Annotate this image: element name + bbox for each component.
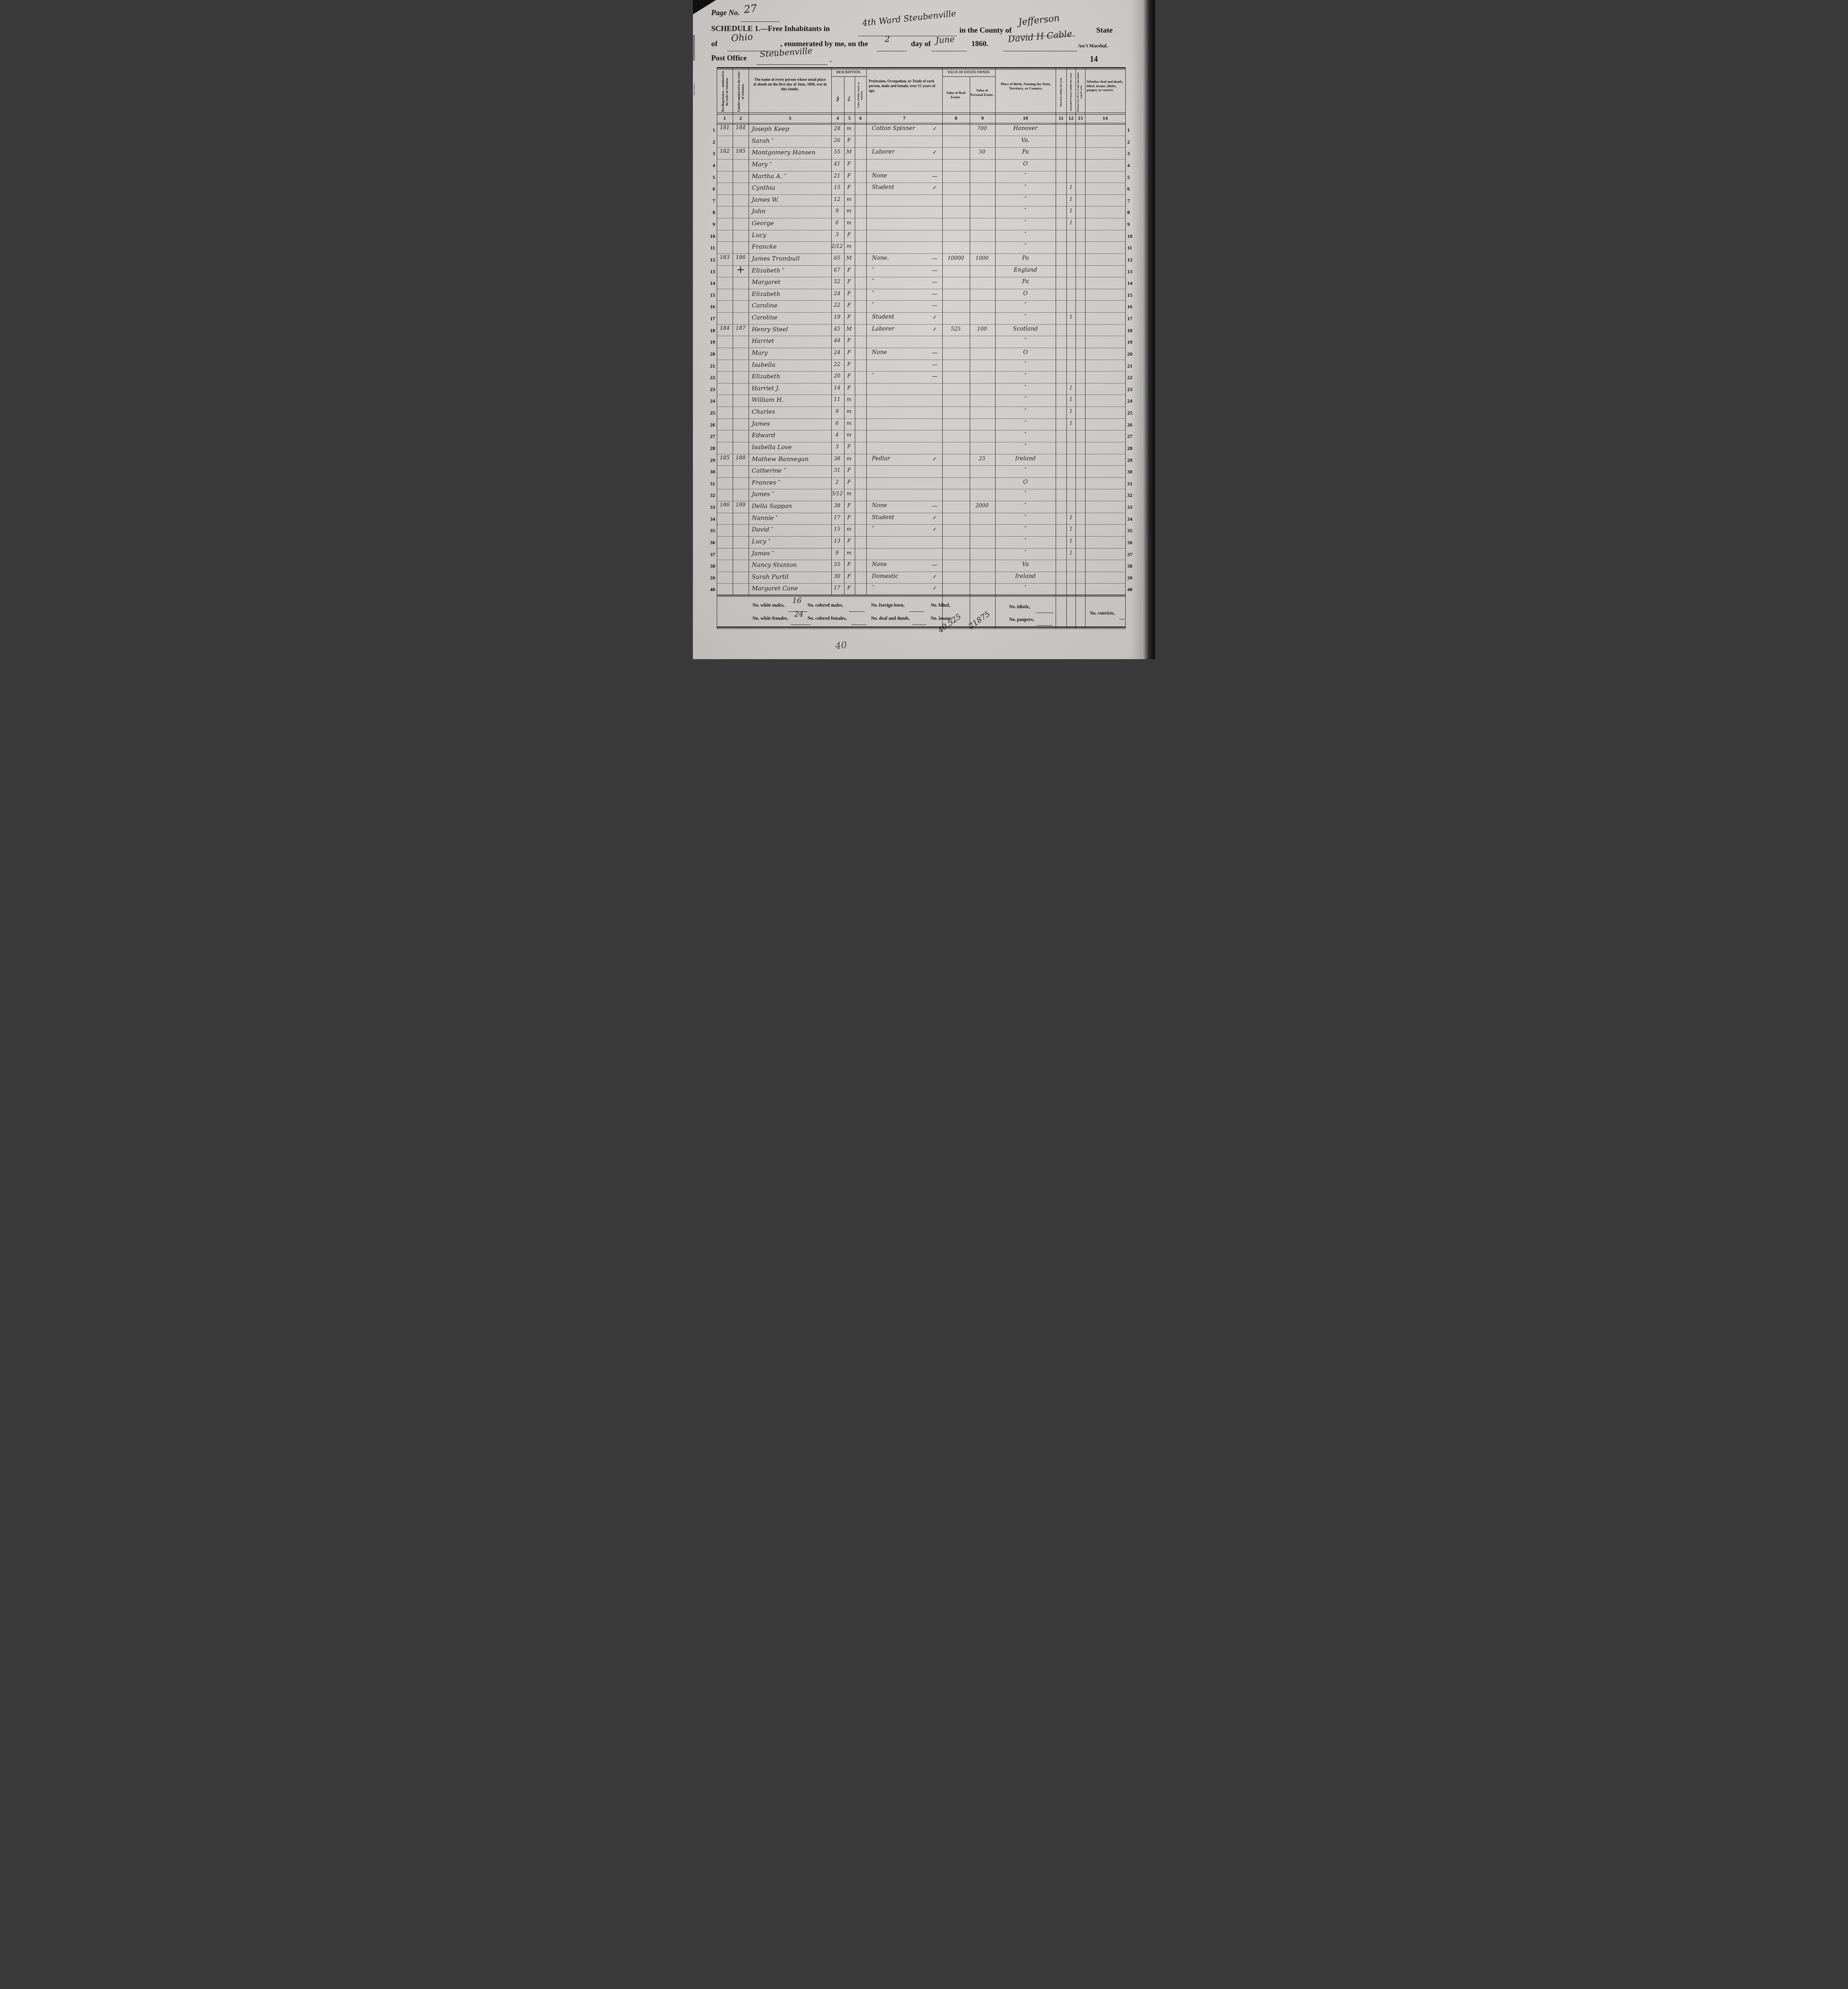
occupation: None. xyxy=(872,255,930,261)
line-number-right: 21 xyxy=(1127,363,1138,369)
row-separator-rule xyxy=(717,395,1125,395)
estate-mark: — xyxy=(928,503,941,509)
row-separator-rule xyxy=(717,560,1125,560)
attended-school-mark: 1 xyxy=(1067,538,1075,544)
occupation: Laborer xyxy=(872,326,930,332)
col-header-name: The name of every person whose usual pla… xyxy=(753,78,827,92)
age: 17 xyxy=(831,585,844,591)
sex: F xyxy=(844,314,854,320)
footer-colored-males-label: No. colored males, xyxy=(807,603,843,608)
person-name: James W. xyxy=(752,196,831,203)
age: 24 xyxy=(831,350,844,356)
sheet-number: 14 xyxy=(1090,55,1098,64)
line-number-right: 40 xyxy=(1127,586,1138,593)
state-handwritten: Ohio xyxy=(731,32,753,44)
col-header-married: Married within the year. xyxy=(1056,72,1066,112)
blank-line xyxy=(757,64,827,65)
sex: m xyxy=(844,126,854,132)
line-number-right: 5 xyxy=(1127,174,1138,181)
line-number-left: 3 xyxy=(705,150,715,157)
line-number-left: 12 xyxy=(705,257,715,263)
line-number-left: 24 xyxy=(705,398,715,404)
family-number: 187 xyxy=(733,325,748,331)
estate-mark: — xyxy=(928,350,941,356)
age: 2/12 xyxy=(831,243,844,249)
sex: F xyxy=(844,479,854,485)
row-separator-rule xyxy=(717,418,1125,419)
line-number-right: 29 xyxy=(1127,457,1138,463)
occupation: ″ xyxy=(872,302,930,308)
blank-line xyxy=(912,625,926,625)
line-number-left: 35 xyxy=(705,527,715,534)
sex: F xyxy=(844,302,854,308)
age: 22 xyxy=(831,362,844,368)
table-horizontal-rule xyxy=(831,76,866,77)
month-handwritten: June xyxy=(935,34,955,45)
state-label: State xyxy=(1096,26,1113,35)
sex: F xyxy=(844,185,854,191)
age: 20 xyxy=(831,373,844,379)
sex: F xyxy=(844,338,854,344)
personal-estate-value: 2000 xyxy=(970,503,994,509)
footer-convicts-label: No. convicts, xyxy=(1090,611,1115,616)
line-number-left: 4 xyxy=(705,162,715,169)
sex: m xyxy=(844,397,854,403)
birthplace: ″ xyxy=(996,467,1055,473)
person-name: Caroline xyxy=(752,314,831,321)
birthplace: Ireland xyxy=(996,573,1055,580)
col-number-2: 2 xyxy=(733,115,749,121)
ward-handwritten: 4th Ward Steubenville xyxy=(862,9,956,28)
row-separator-rule xyxy=(717,277,1125,277)
blank-line xyxy=(1037,625,1052,626)
line-number-left: 40 xyxy=(705,586,715,593)
row-separator-rule xyxy=(717,536,1125,537)
day-handwritten: 2 xyxy=(885,34,890,44)
line-number-right: 15 xyxy=(1127,292,1138,298)
birthplace: England xyxy=(996,267,1055,273)
age: 55 xyxy=(831,562,844,568)
estate-mark: — xyxy=(928,279,941,285)
line-number-left: 1 xyxy=(705,127,715,133)
sex: F xyxy=(844,291,854,297)
birthplace: ″ xyxy=(996,208,1055,214)
blank-line xyxy=(851,625,866,625)
personal-estate-value: 25 xyxy=(970,456,994,462)
col-header-sex: Sex. xyxy=(844,85,854,112)
line-number-left: 5 xyxy=(705,174,715,181)
age: 28 xyxy=(831,126,844,132)
occupation: ″ xyxy=(872,267,930,273)
line-number-left: 26 xyxy=(705,422,715,428)
line-number-left: 19 xyxy=(705,339,715,345)
sex: M xyxy=(844,149,854,155)
row-separator-rule xyxy=(717,300,1125,301)
sex: F xyxy=(844,467,854,473)
age: 6 xyxy=(831,220,844,226)
sex: M xyxy=(844,255,854,261)
line-number-right: 22 xyxy=(1127,374,1138,381)
blank-line xyxy=(1119,619,1125,619)
estate-mark: — xyxy=(928,291,941,297)
sex: F xyxy=(844,444,854,450)
sex: m xyxy=(844,456,854,462)
table-horizontal-rule xyxy=(717,113,1125,113)
person-name: James xyxy=(752,420,831,427)
line-number-left: 39 xyxy=(705,575,715,581)
table-horizontal-rule xyxy=(717,124,1125,125)
person-name: Margaret xyxy=(752,278,831,286)
blank-line xyxy=(849,611,865,612)
col-header-age: Age. xyxy=(831,85,844,112)
line-number-right: 7 xyxy=(1127,198,1138,204)
family-number: 186 xyxy=(733,255,748,261)
line-number-left: 8 xyxy=(705,209,715,216)
age: 19 xyxy=(831,314,844,320)
person-name: Mary ″ xyxy=(752,161,831,168)
dwelling-number: 185 xyxy=(718,455,732,461)
age: 11 xyxy=(831,397,844,403)
attended-school-mark: 1 xyxy=(1067,515,1075,520)
col-number-4: 4 xyxy=(831,115,844,121)
row-separator-rule xyxy=(717,430,1125,430)
line-number-left: 29 xyxy=(705,457,715,463)
age: 38 xyxy=(831,503,844,509)
estate-mark: ✓ xyxy=(928,126,941,132)
line-number-left: 28 xyxy=(705,445,715,452)
scan-edge-dark-band xyxy=(1142,0,1155,659)
line-number-left: 18 xyxy=(705,327,715,334)
row-separator-rule xyxy=(717,583,1125,584)
row-separator-rule xyxy=(717,253,1125,254)
line-number-left: 2 xyxy=(705,139,715,145)
col-number-12: 12 xyxy=(1066,115,1076,121)
age: 21 xyxy=(831,173,844,179)
blank-line xyxy=(909,611,924,612)
birthplace: Scotland xyxy=(996,326,1055,332)
line-number-right: 17 xyxy=(1127,315,1138,322)
cross-mark: + xyxy=(733,264,749,276)
year-label: 1860. xyxy=(971,40,988,49)
col-header-occupation: Profession, Occupation, or Trade of each… xyxy=(869,80,940,94)
person-name: James ″ xyxy=(752,550,831,557)
line-number-left: 32 xyxy=(705,492,715,498)
line-number-right: 31 xyxy=(1127,481,1138,487)
footer-white-males-value: 16 xyxy=(792,597,801,605)
line-number-right: 3 xyxy=(1127,150,1138,157)
line-number-right: 1 xyxy=(1127,127,1138,133)
birthplace: ″ xyxy=(996,373,1055,379)
occupation: Cotton Spinner xyxy=(872,125,930,132)
age: 12 xyxy=(831,197,844,202)
line-number-right: 6 xyxy=(1127,186,1138,192)
attended-school-mark: 1 xyxy=(1067,397,1075,402)
col-number-10: 10 xyxy=(995,115,1056,121)
county-label: in the County of xyxy=(959,26,1012,35)
row-separator-rule xyxy=(717,195,1125,195)
occupation: None xyxy=(872,502,930,509)
line-number-right: 14 xyxy=(1127,280,1138,286)
scan-speck xyxy=(693,35,695,60)
attended-school-mark: 1 xyxy=(1067,385,1075,391)
line-number-left: 25 xyxy=(705,410,715,416)
line-number-right: 19 xyxy=(1127,339,1138,345)
row-separator-rule xyxy=(717,136,1125,136)
attended-school-mark: 1 xyxy=(1067,314,1075,320)
line-number-right: 38 xyxy=(1127,563,1138,569)
person-name: Sarah Purtil xyxy=(752,573,831,580)
estate-mark: ✓ xyxy=(928,574,941,580)
person-name: Frances ″ xyxy=(752,479,831,486)
sex: F xyxy=(844,503,854,509)
row-separator-rule xyxy=(717,513,1125,513)
row-separator-rule xyxy=(717,171,1125,171)
estate-mark: ✓ xyxy=(928,314,941,321)
occupation: None xyxy=(872,173,930,179)
col-header-real-estate: Value of Real Estate. xyxy=(943,91,969,99)
line-number-left: 33 xyxy=(705,504,715,510)
row-separator-rule xyxy=(717,371,1125,372)
row-separator-rule xyxy=(717,572,1125,572)
occupation: Laborer xyxy=(872,149,930,155)
estate-mark: — xyxy=(928,362,941,368)
col-number-14: 14 xyxy=(1085,115,1125,121)
line-number-right: 2 xyxy=(1127,139,1138,145)
estate-mark: — xyxy=(928,255,941,262)
birthplace: ″ xyxy=(996,585,1055,591)
col-header-remarks: Whether deaf and dumb, blind, insane, id… xyxy=(1087,80,1124,92)
col-number-7: 7 xyxy=(866,115,942,121)
line-number-right: 32 xyxy=(1127,492,1138,498)
birthplace: ″ xyxy=(996,490,1055,497)
age: 4 xyxy=(831,432,844,438)
dwelling-number: 183 xyxy=(718,255,732,261)
attended-school-mark: 1 xyxy=(1067,409,1075,414)
table-vertical-rule xyxy=(1076,68,1076,629)
birthplace: O xyxy=(996,161,1055,167)
col-header-personal-estate: Value of Personal Estate. xyxy=(970,88,994,97)
blank-line xyxy=(791,625,811,625)
person-name: James ″ xyxy=(752,490,831,498)
line-number-right: 4 xyxy=(1127,162,1138,169)
sex: m xyxy=(844,526,854,532)
line-number-left: 6 xyxy=(705,186,715,192)
person-name: Edward xyxy=(752,432,831,439)
table-horizontal-rule xyxy=(717,595,1125,596)
sex: F xyxy=(844,279,854,285)
attended-school-mark: 1 xyxy=(1067,185,1075,190)
line-number-right: 37 xyxy=(1127,551,1138,558)
col-header-family: Families numbered in the order of visita… xyxy=(733,71,748,112)
line-number-left: 36 xyxy=(705,539,715,546)
line-number-left: 37 xyxy=(705,551,715,558)
col-header-birthplace: Place of Birth, Naming the State, Territ… xyxy=(998,82,1054,91)
person-name: Nancy Stanton xyxy=(752,561,831,568)
birthplace: Pa xyxy=(996,278,1055,285)
birthplace: Pa xyxy=(996,149,1055,155)
age: 65 xyxy=(831,255,844,261)
estate-mark: ✓ xyxy=(928,326,941,333)
page-no-label: Page No. xyxy=(711,9,740,18)
sex: m xyxy=(844,550,854,556)
sex: F xyxy=(844,350,854,356)
table-vertical-rule xyxy=(1066,68,1067,629)
occupation: Student xyxy=(872,314,930,320)
sex: F xyxy=(844,161,854,167)
table-vertical-rule xyxy=(1056,68,1056,629)
sex: F xyxy=(844,362,854,368)
row-separator-rule xyxy=(717,230,1125,230)
row-separator-rule xyxy=(717,489,1125,489)
family-number: 188 xyxy=(733,455,748,461)
row-separator-rule xyxy=(717,183,1125,183)
age: 3/12 xyxy=(831,491,844,497)
occupation: None xyxy=(872,349,930,356)
col-number-3: 3 xyxy=(749,115,831,121)
col-number-6: 6 xyxy=(855,115,866,121)
line-number-left: 22 xyxy=(705,374,715,381)
person-name: Sarah ″ xyxy=(752,137,831,144)
birthplace: Va. xyxy=(996,137,1055,144)
occupation: None xyxy=(872,561,930,568)
line-number-right: 27 xyxy=(1127,433,1138,440)
sex: M xyxy=(844,326,854,332)
table-horizontal-rule xyxy=(717,67,1125,68)
line-number-right: 39 xyxy=(1127,575,1138,581)
birthplace: O xyxy=(996,290,1055,297)
row-separator-rule xyxy=(717,548,1125,549)
col-number-13: 13 xyxy=(1076,115,1085,121)
table-vertical-rule xyxy=(970,77,970,629)
personal-estate-value: 1000 xyxy=(970,255,994,261)
row-separator-rule xyxy=(717,265,1125,266)
person-name: Martha A. ″ xyxy=(752,173,831,180)
line-number-left: 31 xyxy=(705,481,715,487)
occupation: ″ xyxy=(872,278,930,285)
day-of-label: day of xyxy=(911,40,931,49)
sex: F xyxy=(844,173,854,179)
birthplace: ″ xyxy=(996,337,1055,344)
sex: m xyxy=(844,220,854,226)
line-number-left: 13 xyxy=(705,269,715,275)
birthplace: ″ xyxy=(996,232,1055,238)
birthplace: ″ xyxy=(996,396,1055,403)
row-separator-rule xyxy=(717,324,1125,325)
line-number-right: 8 xyxy=(1127,209,1138,216)
line-number-left: 15 xyxy=(705,292,715,298)
age: 2 xyxy=(831,479,844,485)
sex: m xyxy=(844,420,854,426)
line-number-right: 30 xyxy=(1127,469,1138,475)
person-name: Francke xyxy=(752,243,831,250)
line-number-left: 14 xyxy=(705,280,715,286)
personal-estate-value: 700 xyxy=(970,126,994,132)
person-name: William H. xyxy=(752,396,831,403)
col-number-11: 11 xyxy=(1056,115,1066,121)
table-vertical-rule xyxy=(995,68,996,629)
line-number-left: 16 xyxy=(705,304,715,310)
line-number-left: 17 xyxy=(705,315,715,322)
row-separator-rule xyxy=(717,465,1125,466)
birthplace: Pa xyxy=(996,255,1055,261)
row-separator-rule xyxy=(717,501,1125,501)
attended-school-mark: 1 xyxy=(1067,420,1075,426)
sex: F xyxy=(844,267,854,273)
line-number-right: 24 xyxy=(1127,398,1138,404)
occupation: ″ xyxy=(872,585,930,591)
row-separator-rule xyxy=(717,241,1125,242)
table-horizontal-rule xyxy=(717,114,1125,115)
person-name: Elizabeth xyxy=(752,290,831,298)
person-name: Nannie ″ xyxy=(752,514,831,522)
line-number-left: 10 xyxy=(705,233,715,239)
sex: m xyxy=(844,243,854,249)
attended-school-mark: 1 xyxy=(1067,526,1075,532)
line-number-right: 18 xyxy=(1127,327,1138,334)
row-separator-rule xyxy=(717,442,1125,442)
footer-paupers-label: No. paupers, xyxy=(1009,617,1034,622)
footer-foreign-born-label: No. foreign born, xyxy=(871,603,905,608)
estate-mark: ✓ xyxy=(928,515,941,521)
personal-estate-value: 100 xyxy=(970,326,994,332)
occupation: ″ xyxy=(872,290,930,297)
age: 6 xyxy=(831,420,844,426)
sex: F xyxy=(844,574,854,580)
attended-school-mark: 1 xyxy=(1067,220,1075,226)
real-estate-total-handwritten: 40,525 xyxy=(936,612,963,635)
age: 45 xyxy=(831,326,844,332)
line-number-left: 23 xyxy=(705,386,715,393)
person-name: Harriet xyxy=(752,337,831,344)
row-separator-rule xyxy=(717,312,1125,313)
dwelling-number: 181 xyxy=(718,125,732,131)
person-name: Isabella xyxy=(752,361,831,368)
estate-mark: — xyxy=(928,267,941,274)
blank-line xyxy=(1036,613,1053,613)
birthplace: O xyxy=(996,349,1055,356)
sex: F xyxy=(844,562,854,568)
census-schedule-page: Page No. 27 SCHEDULE 1.—Free Inhabitants… xyxy=(693,0,1155,659)
table-horizontal-rule xyxy=(717,627,1125,628)
birthplace: O xyxy=(996,479,1055,485)
footer-blind-label: No. blind, xyxy=(931,603,950,608)
line-number-left: 9 xyxy=(705,221,715,228)
sex: F xyxy=(844,538,854,544)
dwelling-number: 184 xyxy=(718,325,732,331)
sex: F xyxy=(844,138,854,144)
table-vertical-rule xyxy=(1085,68,1085,629)
age: 24 xyxy=(831,291,844,297)
birthplace: ″ xyxy=(996,361,1055,368)
person-name: Mathew Bannegan xyxy=(752,455,831,463)
sex: m xyxy=(844,208,854,214)
real-estate-value: 10000 xyxy=(943,255,969,261)
table-vertical-rule xyxy=(1125,67,1126,629)
person-name: Joseph Keep xyxy=(752,125,831,132)
occupation: Student xyxy=(872,514,930,521)
marshal-signature: David H Cable xyxy=(1008,29,1072,45)
line-number-right: 35 xyxy=(1127,527,1138,534)
person-name: Mary xyxy=(752,349,831,356)
birthplace: ″ xyxy=(996,538,1055,544)
col-number-8: 8 xyxy=(942,115,970,121)
occupation: Student xyxy=(872,184,930,191)
birthplace: Va xyxy=(996,561,1055,568)
person-name: James Trumbull xyxy=(752,255,831,262)
footer-white-males-label: No. white males, xyxy=(753,603,785,608)
table-horizontal-rule xyxy=(717,596,1125,597)
blank-line xyxy=(932,51,967,51)
